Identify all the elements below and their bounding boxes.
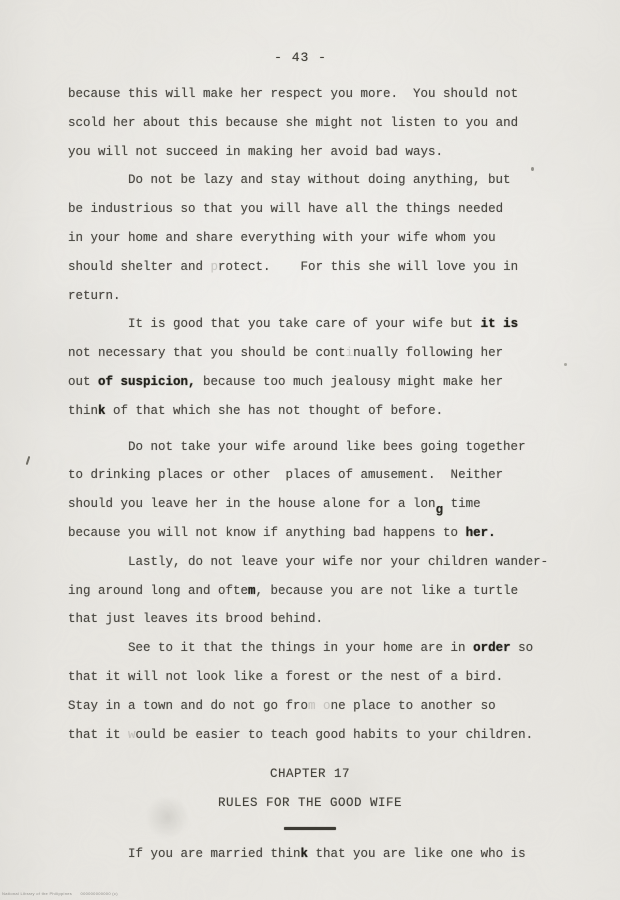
text-line: because you will not know if anything ba… bbox=[68, 519, 536, 548]
ink-speck bbox=[531, 167, 534, 171]
text-line: in your home and share everything with y… bbox=[68, 224, 536, 253]
text-line: that just leaves its brood behind. bbox=[68, 605, 536, 634]
text-line: scold her about this because she might n… bbox=[68, 109, 536, 138]
stray-pen-mark bbox=[26, 456, 31, 465]
text-line: think of that which she has not thought … bbox=[68, 397, 536, 426]
text-line: Do not take your wife around like bees g… bbox=[68, 433, 536, 462]
ink-speck bbox=[564, 363, 567, 366]
chapter-subtitle: RULES FOR THE GOOD WIFE bbox=[76, 789, 544, 818]
text-line: return. bbox=[68, 282, 536, 311]
text-line: Lastly, do not leave your wife nor your … bbox=[68, 548, 536, 577]
heading-underline bbox=[284, 827, 336, 830]
text-line: should shelter and protect. For this she… bbox=[68, 253, 536, 282]
text-line: not necessary that you should be continu… bbox=[68, 339, 536, 368]
heading-rule bbox=[68, 818, 536, 840]
text-line: that it will not look like a forest or t… bbox=[68, 663, 536, 692]
text-line: should you leave her in the house alone … bbox=[68, 490, 536, 519]
text-line: ing around long and oftem, because you a… bbox=[68, 577, 536, 606]
text-line: because this will make her respect you m… bbox=[68, 80, 536, 109]
text-line: Do not be lazy and stay without doing an… bbox=[68, 166, 536, 195]
text-line: See to it that the things in your home a… bbox=[68, 634, 536, 663]
footer-microtext: National Library of the Philippines 0000… bbox=[2, 891, 118, 896]
page-lines: because this will make her respect you m… bbox=[68, 80, 536, 869]
chapter-title: CHAPTER 17 bbox=[76, 760, 544, 789]
text-line: If you are married think that you are li… bbox=[68, 840, 536, 869]
text-line: It is good that you take care of your wi… bbox=[68, 310, 536, 339]
text-line: out of suspicion, because too much jealo… bbox=[68, 368, 536, 397]
text-line: you will not succeed in making her avoid… bbox=[68, 138, 536, 167]
text-line: to drinking places or other places of am… bbox=[68, 461, 536, 490]
page-number: - 43 - bbox=[68, 50, 533, 65]
text-line: that it would be easier to teach good ha… bbox=[68, 721, 536, 750]
text-line: be industrious so that you will have all… bbox=[68, 195, 536, 224]
scanned-document-page: - 43 - because this will make her respec… bbox=[0, 0, 620, 900]
text-line: Stay in a town and do not go from one pl… bbox=[68, 692, 536, 721]
